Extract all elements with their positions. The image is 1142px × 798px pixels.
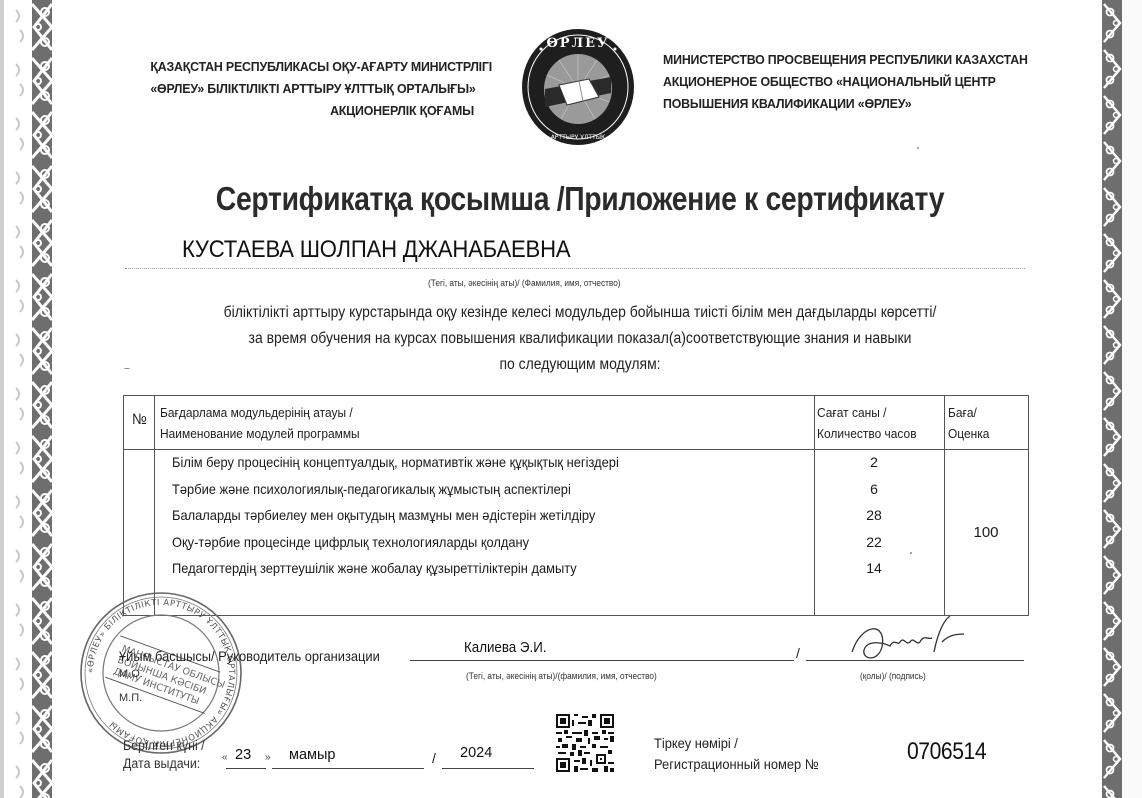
stamp-place-label-ru: М.П. xyxy=(119,692,142,704)
header-line: ПОВЫШЕНИЯ КВАЛИФИКАЦИИ «ӨРЛЕУ» xyxy=(663,93,1016,115)
recipient-name: КУСТАЕВА ШОЛПАН ДЖАНАБАЕВНА xyxy=(182,236,570,264)
module-hours: 6 xyxy=(814,481,934,497)
intro-line: біліктілікті арттыру курстарында оқу кез… xyxy=(166,300,994,326)
scan-speck xyxy=(910,552,912,554)
header-grade-line: Оценка xyxy=(948,423,989,444)
registration-number: 0706514 xyxy=(907,738,986,766)
intro-line: за время обучения на курсах повышения кв… xyxy=(166,326,994,352)
registration-label: Тіркеу нөмірі / Регистрационный номер № xyxy=(654,733,819,775)
header-module: Бағдарлама модульдерінің атауы / Наимено… xyxy=(160,402,360,444)
registration-label-kz: Тіркеу нөмірі / xyxy=(654,733,819,754)
module-hours: 22 xyxy=(814,534,934,550)
month-underline xyxy=(272,768,424,769)
header-module-line: Бағдарлама модульдерінің атауы / xyxy=(160,402,360,423)
svg-text:АРТТЫРУ ҰЛТТЫҚ: АРТТЫРУ ҰЛТТЫҚ xyxy=(551,134,606,141)
header-number: № xyxy=(132,409,147,430)
day-underline xyxy=(226,768,266,769)
head-name-underline xyxy=(410,660,794,661)
stamp-place-label-kz: М.О. xyxy=(119,668,143,680)
intro-line: по следующим модулям: xyxy=(166,352,994,378)
header-grade: Баға/ Оценка xyxy=(948,402,989,444)
header-line: ҚАЗАҚСТАН РЕСПУБЛИКАСЫ ОҚУ-АҒАРТУ МИНИСТ… xyxy=(150,56,474,78)
table-divider xyxy=(124,449,1028,450)
issue-month: мамыр xyxy=(289,747,336,763)
intro-text: біліктілікті арттыру курстарында оқу кез… xyxy=(120,300,1040,378)
year-underline xyxy=(442,768,534,769)
svg-text:ӨРЛЕУ: ӨРЛЕУ xyxy=(546,36,609,51)
module-name: Тәрбие және психологиялық-педагогикалық … xyxy=(172,481,571,497)
module-name: Білім беру процесінің концептуалдық, нор… xyxy=(172,454,619,470)
open-quote: « xyxy=(222,752,228,763)
module-name: Оқу-тәрбие процесінде цифрлық технология… xyxy=(172,534,529,550)
table-divider xyxy=(944,396,945,615)
ornament-border-right-icon xyxy=(1102,0,1122,798)
module-hours: 14 xyxy=(814,560,934,576)
handwritten-signature-icon xyxy=(842,612,972,667)
head-name-caption: (Тегі, аты, әкесінің аты)/(фамилия, имя,… xyxy=(466,671,657,681)
header-hours-line: Количество часов xyxy=(817,423,917,444)
ornament-border-left-icon xyxy=(12,0,52,798)
issuer-header-russian: МИНИСТЕРСТВО ПРОСВЕЩЕНИЯ РЕСПУБЛИКИ КАЗА… xyxy=(663,49,1016,115)
official-stamp-icon: «ӨРЛЕУ» БІЛІКТІЛІКТІ АРТТЫРУ ҰЛТТЫҚ ОРТА… xyxy=(78,590,244,756)
issuer-header-kazakh: ҚАЗАҚСТАН РЕСПУБЛИКАСЫ ОҚУ-АҒАРТУ МИНИСТ… xyxy=(150,56,474,122)
issue-year: 2024 xyxy=(460,745,492,761)
close-quote: » xyxy=(265,752,271,763)
header-hours: Сағат саны / Количество часов xyxy=(817,402,917,444)
module-hours: 2 xyxy=(814,454,934,470)
issue-date-label-ru: Дата выдачи: xyxy=(123,756,200,771)
page-edge-left xyxy=(0,0,4,798)
scan-speck xyxy=(124,368,130,369)
header-line: АКЦИОНЕРЛІК ҚОҒАМЫ xyxy=(150,100,474,122)
qr-code-icon xyxy=(556,711,614,775)
header-grade-line: Баға/ xyxy=(948,402,989,423)
issue-date-label-kz: Берілген күні / xyxy=(123,738,205,753)
orleu-emblem-icon: ӨРЛЕУ АРТТЫРУ ҰЛТТЫҚ xyxy=(519,27,637,147)
head-name: Калиева Э.И. xyxy=(464,640,546,656)
grade-value: 100 xyxy=(944,524,1028,541)
modules-table: № Бағдарлама модульдерінің атауы / Наиме… xyxy=(123,395,1029,616)
header-line: «ӨРЛЕУ» БІЛІКТІЛІКТІ АРТТЫРУ ҰЛТТЫҚ ОРТА… xyxy=(150,78,474,100)
recipient-name-caption: (Тегі, аты, әкесінің аты)/ (Фамилия, имя… xyxy=(428,278,621,288)
head-of-organization-label: Ұйым басшысы/ Руководитель организации xyxy=(119,648,380,664)
page-edge-right xyxy=(1122,0,1142,798)
module-name: Педагогтердің зерттеушілік және жобалау … xyxy=(172,560,577,576)
document-title: Сертификатқа қосымша /Приложение к серти… xyxy=(210,180,950,218)
signature-separator: / xyxy=(796,645,800,661)
scan-speck xyxy=(917,147,919,149)
header-line: АКЦИОНЕРНОЕ ОБЩЕСТВО «НАЦИОНАЛЬНЫЙ ЦЕНТР xyxy=(663,71,1016,93)
header-module-line: Наименование модулей программы xyxy=(160,423,360,444)
module-name: Балаларды тәрбиелеу мен оқытудың мазмұны… xyxy=(172,507,595,523)
signature-caption: (қолы)/ (подпись) xyxy=(860,671,926,681)
registration-label-ru: Регистрационный номер № xyxy=(654,754,819,775)
module-hours: 28 xyxy=(814,507,934,523)
header-line: МИНИСТЕРСТВО ПРОСВЕЩЕНИЯ РЕСПУБЛИКИ КАЗА… xyxy=(663,49,1016,71)
table-divider xyxy=(154,396,155,615)
recipient-name-underline xyxy=(125,268,1025,269)
header-hours-line: Сағат саны / xyxy=(817,402,917,423)
table-divider xyxy=(814,396,815,615)
date-separator: / xyxy=(432,750,436,766)
issue-day: 23 xyxy=(235,747,251,763)
